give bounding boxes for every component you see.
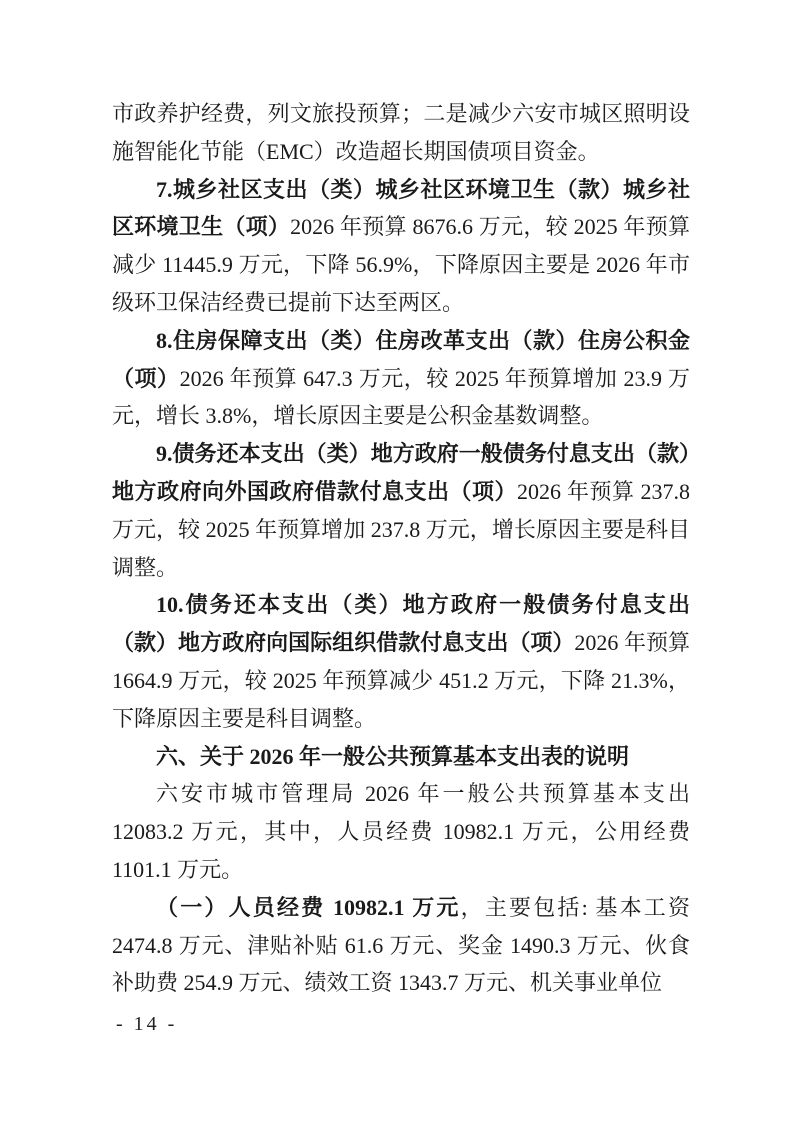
paragraph-continuation: 市政养护经费，列文旅投预算；二是减少六安市城区照明设施智能化节能（EMC）改造超… [112, 95, 690, 171]
paragraph-item-9: 9.债务还本支出（类）地方政府一般债务付息支出（款）地方政府向外国政府借款付息支… [112, 435, 690, 586]
section-heading: 六、关于 2026 年一般公共预算基本支出表的说明 [112, 738, 690, 776]
document-page: 市政养护经费，列文旅投预算；二是减少六安市城区照明设施智能化节能（EMC）改造超… [0, 0, 793, 1122]
paragraph-lead: （一）人员经费 10982.1 万元 [156, 895, 461, 920]
paragraph-basic-expenditure: 六安市城市管理局 2026 年一般公共预算基本支出 12083.2 万元，其中，… [112, 775, 690, 888]
page-number: - 14 - [116, 1013, 177, 1036]
paragraph-item-7: 7.城乡社区支出（类）城乡社区环境卫生（款）城乡社区环境卫生（项）2026 年预… [112, 171, 690, 322]
section-heading-text: 六、关于 2026 年一般公共预算基本支出表的说明 [156, 744, 629, 769]
document-body: 市政养护经费，列文旅投预算；二是减少六安市城区照明设施智能化节能（EMC）改造超… [112, 95, 690, 1002]
paragraph-text: 2026 年预算 647.3 万元，较 2025 年预算增加 23.9 万元，增… [112, 366, 690, 429]
paragraph-text: 六安市城市管理局 2026 年一般公共预算基本支出 12083.2 万元，其中，… [112, 781, 690, 882]
paragraph-item-10: 10.债务还本支出（类）地方政府一般债务付息支出（款）地方政府向国际组织借款付息… [112, 586, 690, 737]
paragraph-personnel-funds: （一）人员经费 10982.1 万元，主要包括: 基本工资 2474.8 万元、… [112, 889, 690, 1002]
paragraph-item-8: 8.住房保障支出（类）住房改革支出（款）住房公积金（项）2026 年预算 647… [112, 322, 690, 435]
paragraph-text: 市政养护经费，列文旅投预算；二是减少六安市城区照明设施智能化节能（EMC）改造超… [112, 101, 690, 164]
